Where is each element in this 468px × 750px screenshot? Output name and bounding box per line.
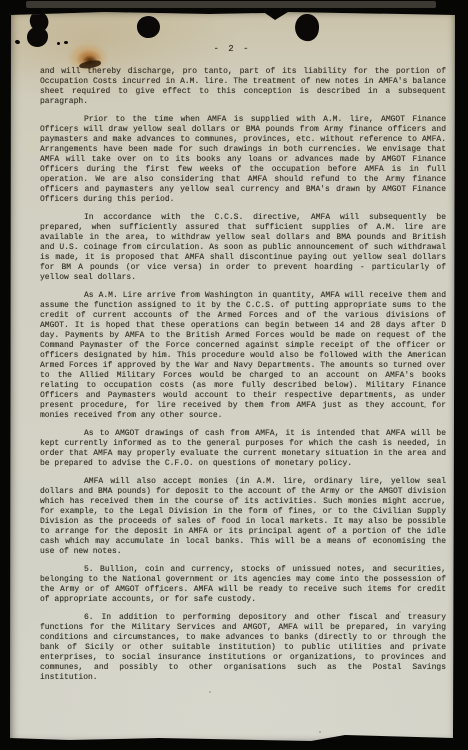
paragraph-numbered-6: 6. In addition to performing depository … <box>40 613 446 683</box>
page-number: - 2 - <box>9 44 455 54</box>
paragraph: Prior to the time when AMFA is supplied … <box>40 115 446 205</box>
document-page: - 2 - and will thereby discharge, pro ta… <box>9 11 455 742</box>
paragraph-numbered-5: 5. Bullion, coin and currency, stocks of… <box>40 565 446 605</box>
typewritten-body: and will thereby discharge, pro tanto, p… <box>40 67 446 691</box>
paragraph: AMFA will also accept monies (in A.M. li… <box>40 477 446 557</box>
paragraph: As A.M. Lire arrive from Washington in q… <box>40 291 446 421</box>
paragraph: As to AMGOT drawings of cash from AMFA, … <box>40 429 446 469</box>
paragraph-continuation: and will thereby discharge, pro tanto, p… <box>40 67 446 107</box>
page-edge-sliver <box>26 1 436 8</box>
ink-blot-top-right <box>294 13 321 42</box>
paragraph: In accordance with the C.C.S. directive,… <box>40 213 446 283</box>
scanned-document: - 2 - and will thereby discharge, pro ta… <box>0 0 468 750</box>
ink-blot-top-center <box>136 15 162 40</box>
